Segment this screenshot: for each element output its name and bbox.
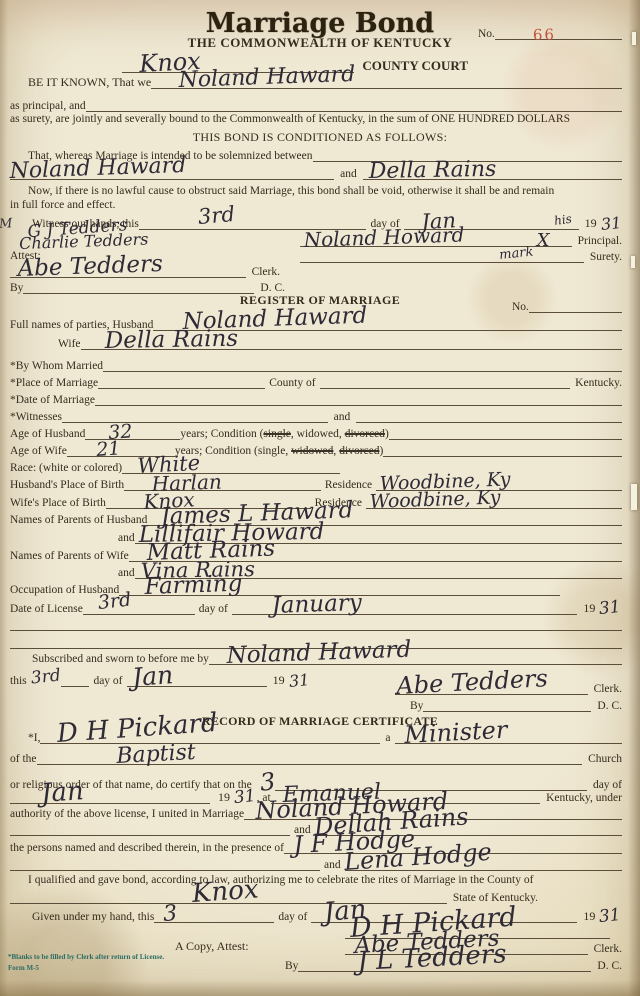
license-month-handwritten: January [271, 592, 362, 618]
bond-clerk-row: Abe Tedders Clerk. [10, 265, 280, 279]
bond-by-line [23, 281, 254, 294]
certificate-month-handwritten: Jan [40, 778, 84, 807]
witnesses-and-label: and [328, 411, 357, 424]
state-trailing-space [544, 892, 622, 904]
sworn-month-handwritten: Jan [131, 662, 174, 690]
husband-birth-label: Husband's Place of Birth [10, 479, 124, 492]
sworn-day-line [61, 674, 89, 687]
principal-name-handwritten: Noland Haward [178, 64, 355, 92]
wife-residence-line: Woodbine, Ky [366, 496, 622, 509]
place-line [98, 376, 265, 389]
sworn-clerk-signature: Abe Tedders [396, 666, 549, 698]
principal-name-line: Noland Haward [151, 76, 622, 89]
sworn-date-row: this 3rd day of Jan 19 31 [10, 669, 310, 688]
qualified-row: I qualified and gave bond, according to … [28, 874, 626, 887]
mark-handwritten: mark [498, 245, 533, 262]
license-day-handwritten: 3rd [97, 591, 132, 613]
kentucky-label: Kentucky. [570, 377, 622, 390]
witnesses-label: *Witnesses [10, 411, 62, 424]
date-label: *Date of Marriage [10, 394, 95, 407]
certificate-year-handwritten: 31 [233, 788, 256, 807]
bond-clerk-line: Abe Tedders [10, 265, 246, 278]
certificate-bride-spacer-line [10, 823, 290, 836]
void-clause-row: Now, if there is no lawful cause to obst… [28, 185, 626, 198]
county-court-label: COUNTY COURT [354, 59, 468, 74]
be-it-known-row: BE IT KNOWN, That we Noland Haward [28, 76, 622, 90]
certificate-county-handwritten: Knox [192, 876, 260, 907]
cond-w-widowed-struck: widowed [291, 445, 333, 458]
as-principal-line [86, 99, 622, 112]
cond-w-mid: , [333, 445, 336, 458]
cond-h-single-struck: single [263, 428, 290, 441]
county-of-line [320, 376, 571, 389]
blank-rule-row-1 [10, 618, 622, 632]
certificate-by-row: By J L Tedders D. C. [285, 959, 622, 973]
certificate-dc-label: D. C. [591, 960, 622, 973]
be-it-known-label: BE IT KNOWN, That we [28, 76, 151, 90]
and-label: and [334, 168, 363, 181]
sworn-day-of-label: day of [89, 675, 126, 688]
sworn-by-row: By D. C. [410, 699, 622, 713]
church-label: Church [582, 753, 622, 766]
register-number-label: No. [512, 301, 529, 314]
date-row: *Date of Marriage [10, 393, 622, 407]
left-edge-shadow [0, 0, 8, 996]
license-label: Date of License [10, 603, 83, 616]
as-principal-row: as principal, and [10, 99, 622, 113]
surety-row: mark Surety. [300, 250, 622, 264]
wife-label: Wife [58, 338, 81, 351]
groom-line: Noland Haward [10, 167, 334, 180]
given-day-handwritten: 3 [163, 903, 179, 926]
witnesses-line-1 [62, 410, 328, 423]
given-year-handwritten: 31 [599, 907, 622, 926]
certificate-dc-signature: J L Tedders [357, 941, 508, 975]
certificate-month-line: Jan [10, 791, 210, 804]
blank-rule-1 [10, 618, 622, 631]
sworn-year-handwritten: 31 [288, 672, 310, 690]
void-clause: Now, if there is no lawful cause to obst… [28, 185, 554, 198]
bond-year-printed: 19 [579, 217, 597, 231]
register-number-row: No. [512, 300, 622, 314]
bond-clerk-label: Clerk. [246, 266, 280, 279]
couple-names-row: Noland Haward and Della Rains [10, 167, 622, 181]
sworn-this-label: this [10, 675, 27, 688]
register-wife-handwritten: Della Rains [104, 328, 238, 353]
register-number-line [529, 300, 622, 313]
witness2-line: Lena Hodge [345, 858, 622, 871]
marriage-bond-document: Marriage Bond No. 66 THE COMMONWEALTH OF… [0, 0, 640, 996]
certificate-county-row: Knox State of Kentucky. [10, 891, 622, 905]
license-row: Date of License 3rd day of January 19 31 [10, 600, 622, 616]
cond-h-pre: years; Condition ( [180, 428, 263, 441]
principal-signature-handwritten: Noland Howard [303, 224, 464, 250]
wife-birth-label: Wife's Place of Birth [10, 497, 106, 510]
wife-parents-label: Names of Parents of Wife [10, 550, 129, 563]
license-year-printed: 19 [577, 602, 595, 616]
footer-form-number: Form M-5 [8, 963, 164, 974]
sworn-by-label: By [410, 700, 423, 713]
his-handwritten: his [553, 213, 572, 227]
cond-w-divorced-struck: divorced [339, 445, 379, 458]
place-label: *Place of Marriage [10, 377, 98, 390]
footer-note: *Blanks to be filled by Clerk after retu… [8, 952, 164, 963]
bond-clerk-signature: Abe Tedders [17, 253, 163, 281]
certificate-clerk-label: Clerk. [588, 943, 622, 956]
sworn-by-line [423, 699, 591, 712]
by-whom-line [103, 359, 622, 372]
certificate-heading: RECORD OF MARRIAGE CERTIFICATE [202, 715, 438, 729]
minister-row: *I, D H Pickard a Minister [28, 731, 622, 745]
kentucky-under-label: Kentucky, under [540, 792, 622, 805]
right-margin-tear-mark-top [632, 32, 636, 45]
force-clause-row: in full force and effect. [10, 199, 622, 212]
certificate-year-printed: 19 [210, 791, 230, 805]
by-whom-row: *By Whom Married [10, 359, 622, 373]
minister-name-line: D H Pickard [40, 731, 380, 744]
certificate-by-line: J L Tedders [298, 959, 591, 972]
copy-attest-row: A Copy, Attest: [175, 940, 260, 954]
groom-handwritten: Noland Haward [9, 155, 186, 183]
county-of-label: County of [265, 377, 319, 390]
witness2-spacer-line [10, 858, 320, 871]
register-wife-line: Della Rains [81, 337, 622, 350]
a-label: a [380, 732, 395, 745]
authority-clause: authority of the above license, I united… [10, 808, 244, 821]
sworn-clerk-row: Abe Tedders Clerk. [395, 682, 622, 696]
husband-mother-and: and [118, 532, 135, 545]
license-day-line: 3rd [83, 602, 195, 615]
sworn-clerk-line: Abe Tedders [395, 682, 588, 695]
conditioned-heading: THIS BOND IS CONDITIONED AS FOLLOWS: [193, 131, 447, 145]
age-husband-line-2 [389, 427, 622, 440]
given-day-line: 3 [154, 910, 274, 923]
register-wife-row: Wife Della Rains [58, 337, 622, 351]
given-clause: Given under my hand, this [32, 911, 154, 924]
certificate-by-label: By [285, 960, 298, 973]
cond-h-mid: , widowed, [291, 428, 342, 441]
i-label: *I, [28, 732, 40, 745]
bride-handwritten: Della Rains [368, 159, 496, 183]
husband-residence-label: Residence [321, 479, 376, 492]
age-wife-handwritten: 21 [95, 439, 120, 460]
occupation-handwritten: Farming [144, 573, 243, 599]
wife-mother-and: and [118, 567, 135, 580]
sworn-dc-label: D. C. [591, 700, 622, 713]
witnesses-line-2 [356, 410, 622, 423]
footer-notes: *Blanks to be filled by Clerk after retu… [8, 952, 164, 974]
wife-residence-handwritten: Woodbine, Ky [369, 488, 500, 512]
given-year-printed: 19 [577, 910, 595, 924]
sworn-name-handwritten: Noland Haward [226, 639, 411, 668]
commonwealth-row: THE COMMONWEALTH OF KENTUCKY [0, 36, 640, 51]
age-wife-row: Age of Wife 21 years; Condition (single,… [10, 444, 622, 458]
sworn-day-handwritten: 3rd [30, 667, 61, 687]
age-wife-line-2 [383, 444, 622, 457]
husband-birth-row: Husband's Place of Birth Harlan Residenc… [10, 478, 622, 492]
sworn-clause: Subscribed and sworn to before me by [32, 653, 209, 666]
qualified-clause: I qualified and gave bond, according to … [28, 874, 533, 887]
presence-clause: the persons named and described therein,… [10, 842, 284, 855]
minister-title-line: Minister [395, 731, 622, 744]
wife-parents-row: Names of Parents of Wife Matt Rains [10, 549, 622, 563]
denomination-handwritten: Baptist [115, 742, 195, 768]
of-the-label: of the [10, 753, 37, 766]
x-mark-handwritten: X [537, 232, 550, 250]
license-month-line: January [232, 602, 578, 615]
conditioned-heading-row: THIS BOND IS CONDITIONED AS FOLLOWS: [0, 131, 640, 145]
sworn-year-printed: 19 [267, 674, 285, 688]
given-row: Given under my hand, this 3 day of Jan 1… [32, 908, 622, 924]
surety-clause-row: as surety, are jointly and severally bou… [10, 113, 626, 126]
witness2-and-label: and [320, 859, 345, 872]
bottom-edge-shadow [0, 980, 640, 996]
copy-attest-label: A Copy, Attest: [175, 940, 249, 954]
surety-clause: as surety, are jointly and severally bou… [10, 113, 570, 126]
age-wife-label: Age of Wife [10, 445, 67, 458]
bond-year-handwritten: 31 [600, 215, 622, 233]
license-day-of-label: day of [195, 603, 232, 616]
place-row: *Place of Marriage County of Kentucky. [10, 376, 622, 390]
principal-label: Principal. [572, 235, 622, 248]
surety-line: mark [300, 250, 584, 263]
certificate-county-line: Knox [10, 891, 447, 904]
as-principal-label: as principal, and [10, 100, 86, 113]
sworn-month-line: Jan [127, 674, 267, 687]
sworn-clerk-label: Clerk. [588, 683, 622, 696]
race-label: Race: (white or colored) [10, 462, 122, 475]
surety-label: Surety. [584, 251, 622, 264]
right-margin-tear-mark [631, 484, 637, 510]
register-husband-row: Full names of parties, Husband Noland Ha… [10, 318, 622, 332]
license-year-handwritten: 31 [599, 599, 622, 618]
denomination-line: Baptist [37, 752, 583, 765]
bride-line: Della Rains [363, 167, 622, 180]
force-clause: in full force and effect. [10, 199, 115, 212]
commonwealth-heading: THE COMMONWEALTH OF KENTUCKY [188, 36, 453, 51]
date-line [95, 393, 622, 406]
witness2-row: and Lena Hodge [10, 858, 622, 872]
right-margin-tear-mark-mid [631, 256, 635, 268]
church-row: of the Baptist Church [10, 752, 622, 766]
witnesses-row: *Witnesses and [10, 410, 622, 424]
presence-row: the persons named and described therein,… [10, 841, 622, 855]
minister-title-handwritten: Minister [404, 718, 508, 747]
given-day-of-label: day of [274, 911, 311, 924]
principal-signature-row: Noland Howard X Principal. [300, 234, 622, 248]
cond-h-divorced-struck: divorced [345, 428, 385, 441]
age-husband-label: Age of Husband [10, 428, 85, 441]
by-whom-label: *By Whom Married [10, 360, 103, 373]
sworn-name-line: Noland Haward [209, 652, 622, 665]
husband-parents-label: Names of Parents of Husband [10, 514, 147, 527]
